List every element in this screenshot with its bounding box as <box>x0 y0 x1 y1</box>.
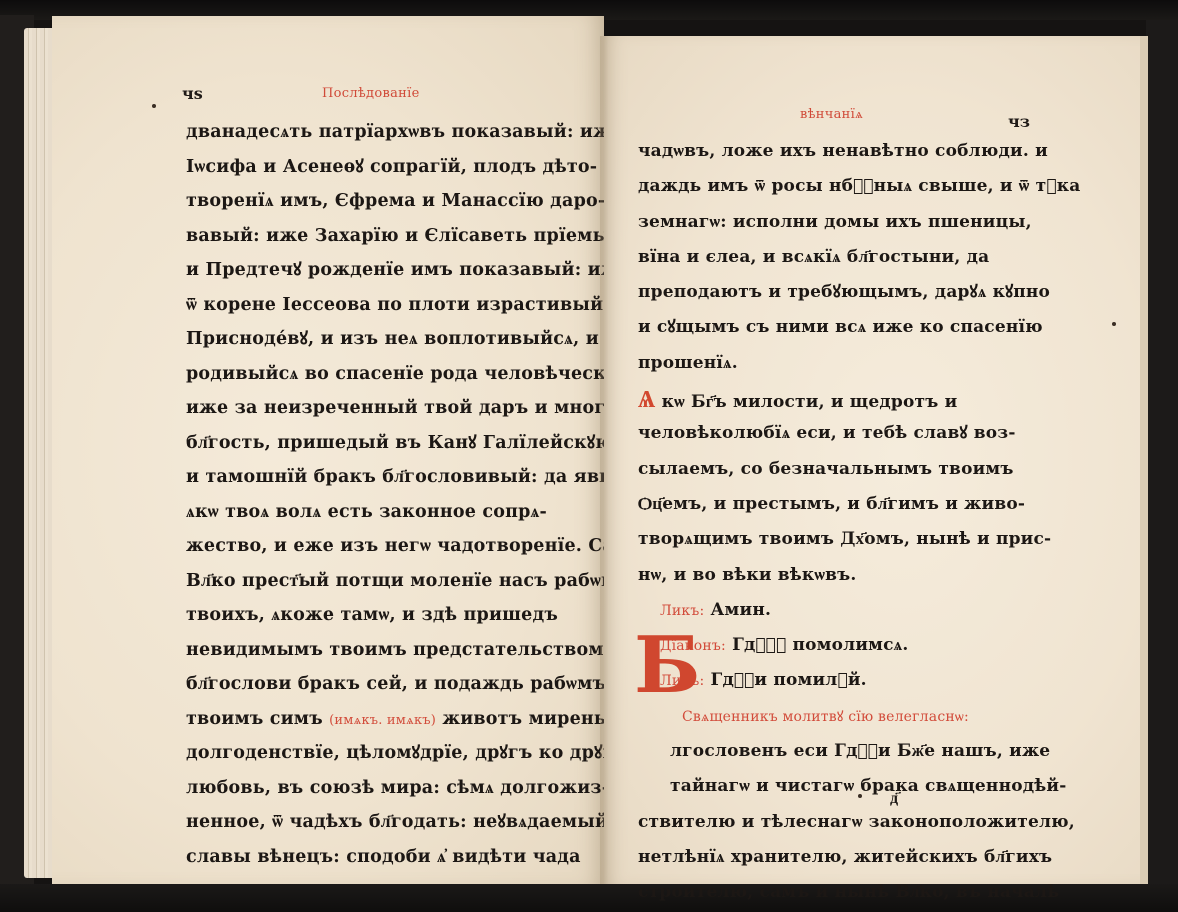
right-book-cover <box>1146 20 1178 890</box>
right-folio-number: чз <box>1008 112 1030 131</box>
text-line: чадѡвъ, ложе ихъ ненавѣтно соблюди. и <box>638 134 1038 169</box>
text-line: строителю, самъ и нынѣ Вл҃ко, въ началѣ <box>638 875 1038 910</box>
text-line: иже за неизреченный твой даръ и многꙋю <box>186 391 576 426</box>
text-line: сылаемъ, со безначальнымъ твоимъ <box>638 452 1038 487</box>
text-line: любовь, въ союзѣ мира: сѣмѧ долгожиз- <box>186 771 576 806</box>
text-line: твоихъ, ѧкоже тамѡ, и здѣ пришедъ <box>186 598 576 633</box>
text-line: лгословенъ еси Гдⷭ҇и Бж҃е нашъ, иже <box>638 734 1038 769</box>
text-line: земнагѡ: исполни домы ихъ пшеницы, <box>638 205 1038 240</box>
text-line: даждь имъ ѿ росы нбⷭ҇ныѧ свыше, и ѿ тꙋка <box>638 169 1038 204</box>
text-line: и Предтечꙋ рожденїе имъ показавый: иже <box>186 253 576 288</box>
text-line: Присноде́вꙋ, и изъ неѧ воплотивыйсѧ, и <box>186 322 576 357</box>
text-line: человѣколюбїѧ еси, и тебѣ славꙋ воз- <box>638 416 1038 451</box>
red-initial: Ѧ <box>638 381 656 416</box>
prayer-heading-text: Свѧщенникъ молитвꙋ сїю велегласнѡ: <box>682 709 969 725</box>
text-line: прошенїѧ. <box>638 346 1038 381</box>
text-line: преподаютъ и требꙋющымъ, дарꙋѧ кꙋпно <box>638 275 1038 310</box>
text-line: родивыйсѧ во спасенїе рода человѣческагѡ… <box>186 357 576 392</box>
text-line: невидимымъ твоимъ предстательствомъ, <box>186 633 576 668</box>
text-line: Іѡсифа и Асенеѳꙋ сопрагїй, плодъ дѣто- <box>186 150 576 185</box>
book-gutter <box>600 36 608 884</box>
text-line: тайнагѡ и чистагѡ брака свѧщеннодѣй- <box>638 769 1038 804</box>
text-line: ненное, ѿ чадѣхъ бл҃годать: неꙋвѧдаемый <box>186 805 576 840</box>
text-line: долгоденствїе, цѣломꙋдрїе, дрꙋгъ ко дрꙋг… <box>186 736 576 771</box>
text-line: творѧщимъ твоимъ Дх҃омъ, нынѣ и прис- <box>638 522 1038 557</box>
text-line: творенїѧ имъ, Єфрема и Манассїю даро- <box>186 184 576 219</box>
left-folio-number: чѕ <box>182 84 203 103</box>
signature-mark: д҃ <box>890 788 898 808</box>
text-segment: животъ мирень, <box>442 709 612 729</box>
text-line: нѡ, и во вѣки вѣкѡвъ. <box>638 558 1038 593</box>
text-line: и тамошнїй бракъ бл҃гословивый: да явиши… <box>186 460 576 495</box>
response-text: Гдⷭ҇ꙋ помолимсѧ. <box>732 635 908 655</box>
left-running-head: Послѣдованїе <box>322 86 420 101</box>
paper-speck <box>858 794 862 798</box>
text-line: дванадесѧть патрїархѡвъ показавый: иже <box>186 115 576 150</box>
inline-rubric: (имѧкъ. имѧкъ) <box>329 713 436 728</box>
right-text-column: чадѡвъ, ложе ихъ ненавѣтно соблюди. и да… <box>638 134 1038 911</box>
response-text: Амин. <box>711 600 772 620</box>
large-red-initial: Б <box>634 630 664 702</box>
text-line: Вл҃ко прест҃ый потщи моленїе насъ рабѡвъ <box>186 564 576 599</box>
paper-speck <box>152 104 156 108</box>
response-rubric: Ликъ: <box>660 603 704 619</box>
right-page-edge <box>1140 36 1148 884</box>
text-line: нетлѣнїѧ хранителю, житейскихъ бл҃гихъ <box>638 840 1038 875</box>
text-line: ствителю и тѣлеснагѡ законоположителю, <box>638 805 1038 840</box>
doxology-first-line: Ѧ кѡ Бг҃ъ милости, и щедротъ и <box>638 381 1038 416</box>
right-running-head: вѣнчанїѧ <box>800 106 863 122</box>
text-line: ѧкѡ твоѧ волѧ есть законное сопрѧ- <box>186 495 576 530</box>
text-line: и сꙋщымъ съ ними всѧ иже ко спасенїю <box>638 310 1038 345</box>
left-text-column: дванадесѧть патрїархѡвъ показавый: иже І… <box>186 115 576 874</box>
text-line: вавый: иже Захарїю и Єлїсаветь прїемый, <box>186 219 576 254</box>
text-line: славы вѣнецъ: сподоби ѧ҆ видѣти чада <box>186 840 576 875</box>
text-line: бл҃гослови бракъ сей, и подаждь рабѡмъ <box>186 667 576 702</box>
text-line-with-rubric: твоимъ симъ (имѧкъ. имѧкъ) животъ мирень… <box>186 702 576 737</box>
text-segment: кѡ Бг҃ъ милости, и щедротъ и <box>662 392 958 412</box>
response-text: Гдⷭ҇и помилꙋй. <box>711 670 867 690</box>
text-line: жество, и еже изъ негѡ чадотворенїе. Сам… <box>186 529 576 564</box>
text-line: Ѻц҃емъ, и престымъ, и бл҃гимъ и живо- <box>638 487 1038 522</box>
text-segment: твоимъ симъ <box>186 709 323 729</box>
paper-speck <box>1112 322 1116 326</box>
text-line: вїна и єлеа, и всѧкїѧ бл҃гостыни, да <box>638 240 1038 275</box>
text-line: бл҃гость, пришедый въ Канꙋ Галїлейскꙋю, <box>186 426 576 461</box>
text-line: ѿ корене Іессеова по плоти израстивый <box>186 288 576 323</box>
